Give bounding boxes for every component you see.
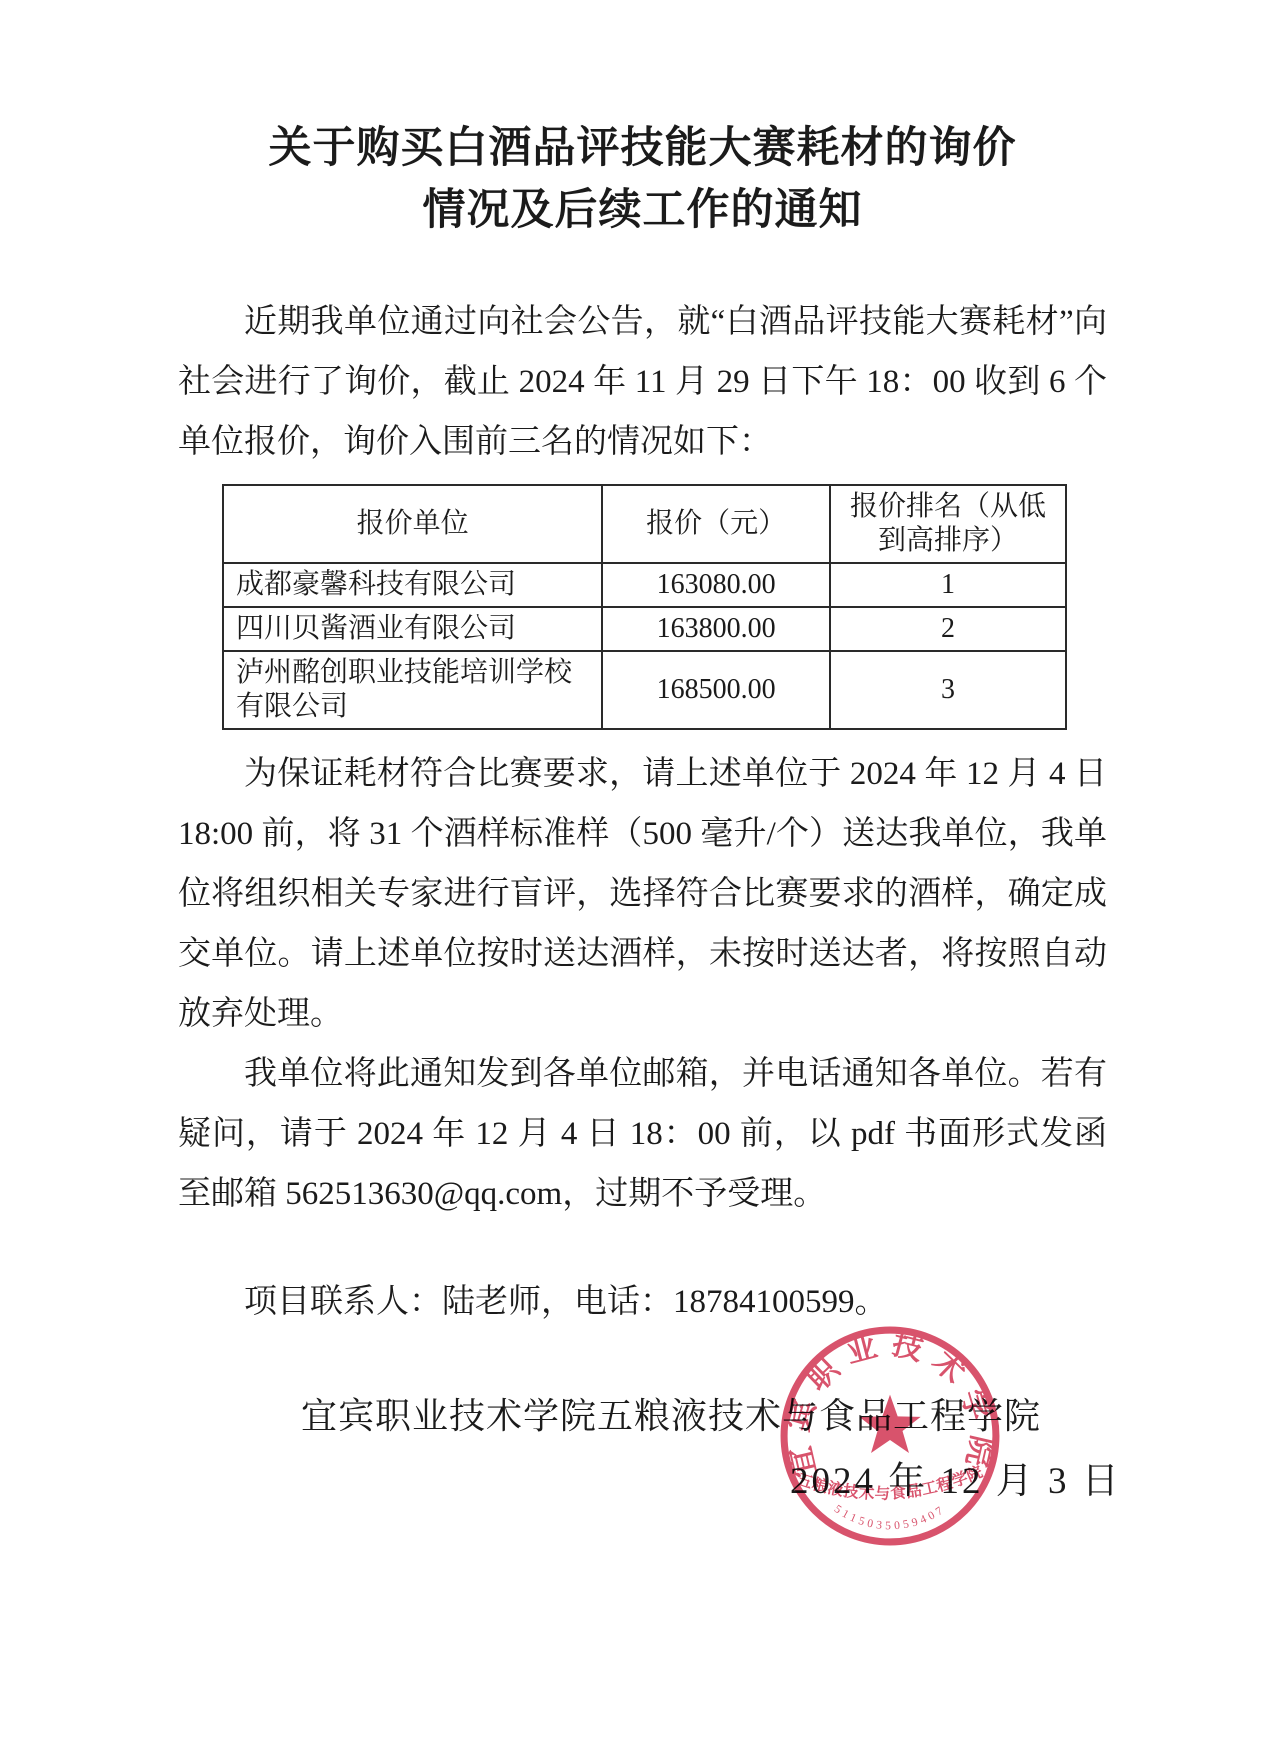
document-page: 关于购买白酒品评技能大赛耗材的询价 情况及后续工作的通知 近期我单位通过向社会公… <box>0 0 1275 1753</box>
cell-price-2: 163800.00 <box>602 607 830 651</box>
seal-inner-textpath: 五粮液技术与食品工程学院 <box>795 1461 986 1502</box>
title-line-1: 关于购买白酒品评技能大赛耗材的询价 <box>269 125 1017 172</box>
page-title: 关于购买白酒品评技能大赛耗材的询价 情况及后续工作的通知 <box>178 118 1107 242</box>
seal-serial-textpath: 5115035059407 <box>832 1502 948 1532</box>
star-icon <box>859 1395 920 1453</box>
issuer-signature: 宜宾职业技术学院五粮液技术与食品工程学院 <box>0 1388 1275 1439</box>
header-company: 报价单位 <box>223 485 602 563</box>
paragraph-notification: 我单位将此通知发到各单位邮箱，并电话通知各单位。若有疑问，请于 2024 年 1… <box>178 1044 1107 1224</box>
header-rank: 报价排名（从低到高排序） <box>830 485 1066 563</box>
header-price: 报价（元） <box>602 485 830 563</box>
title-line-2: 情况及后续工作的通知 <box>423 187 863 234</box>
paragraph-intro: 近期我单位通过向社会公告，就“白酒品评技能大赛耗材”向社会进行了询价，截止 20… <box>178 292 1107 472</box>
official-seal-stamp: 宜宾职业技术学院 五粮液技术与食品工程学院 5115035059407 <box>776 1322 1004 1550</box>
cell-rank-1: 1 <box>830 563 1066 607</box>
document-content: 关于购买白酒品评技能大赛耗材的询价 情况及后续工作的通知 近期我单位通过向社会公… <box>178 118 1107 1332</box>
table-row: 四川贝酱酒业有限公司 163800.00 2 <box>223 607 1066 651</box>
cell-rank-2: 2 <box>830 607 1066 651</box>
quotation-table: 报价单位 报价（元） 报价排名（从低到高排序） 成都豪馨科技有限公司 16308… <box>222 484 1067 730</box>
cell-rank-3: 3 <box>830 651 1066 729</box>
cell-company-3: 泸州酩创职业技能培训学校有限公司 <box>223 651 602 729</box>
paragraph-requirements: 为保证耗材符合比赛要求，请上述单位于 2024 年 12 月 4 日 18:00… <box>178 744 1107 1044</box>
cell-price-1: 163080.00 <box>602 563 830 607</box>
seal-serial-number: 5115035059407 <box>832 1502 948 1532</box>
cell-company-1: 成都豪馨科技有限公司 <box>223 563 602 607</box>
table-row: 泸州酩创职业技能培训学校有限公司 168500.00 3 <box>223 651 1066 729</box>
table-header-row: 报价单位 报价（元） 报价排名（从低到高排序） <box>223 485 1066 563</box>
cell-price-3: 168500.00 <box>602 651 830 729</box>
cell-company-2: 四川贝酱酒业有限公司 <box>223 607 602 651</box>
seal-inner-text: 五粮液技术与食品工程学院 <box>795 1461 986 1502</box>
table-row: 成都豪馨科技有限公司 163080.00 1 <box>223 563 1066 607</box>
